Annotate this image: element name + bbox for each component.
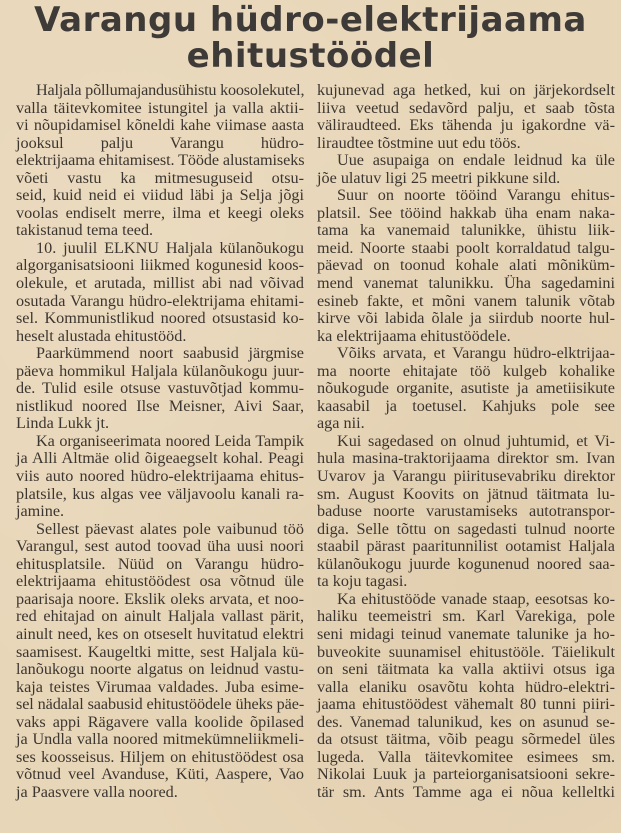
text-line: Sellest päevast alates pole vaibunud töö xyxy=(16,521,304,539)
text-line: Ka organiseerimata noored Leida Tampik xyxy=(16,433,304,451)
text-line: kujunevad aga hetked, kui on järjekordse… xyxy=(317,82,615,100)
text-line: kaasabil ja toetusel. Kahjuks pole see xyxy=(317,398,615,416)
text-line: seid, kuid neid ei viidud läbi ja Selja … xyxy=(16,187,304,205)
text-line: algorganisatsiooni liikmed kogunesid koo… xyxy=(16,257,304,275)
text-line: mend vanemat talunikku. Üha sagedamini xyxy=(317,275,615,293)
text-line: red ehitajad on ainult Haljala vallast p… xyxy=(16,608,304,626)
text-line: ja Undla valla noored mitmekümneliikmeli… xyxy=(16,731,304,749)
text-line: valla elaniku osavõtu kohta hüdro-elektr… xyxy=(317,679,615,697)
text-line: takistanud tema teed. xyxy=(16,222,304,240)
text-line: buveokite suunamisel ehitustööle. Täieli… xyxy=(317,644,615,662)
text-line: aga nii. xyxy=(317,415,615,433)
article-paragraph: Sellest päevast alates pole vaibunud töö… xyxy=(16,521,304,802)
text-line: Linda Lukk jt. xyxy=(16,415,304,433)
text-line: kaja teistes Virumaa valdades. Juba esim… xyxy=(16,679,304,697)
article-paragraph: kujunevad aga hetked, kui on järjekordse… xyxy=(317,82,615,152)
text-line: olekule, et arutada, millist abi nad või… xyxy=(16,275,304,293)
text-line: diga. Selle tõttu on sagedasti tulnud no… xyxy=(317,521,615,539)
text-line: ka elektrijaama ehitustöödele. xyxy=(317,328,615,346)
headline-line-2: ehitustöödel xyxy=(0,38,621,74)
article-column-left: Haljala põllumajandusühistu koosolekutel… xyxy=(16,82,304,801)
article-headline: Varangu hüdro-elektrijaama ehitustöödel xyxy=(0,2,621,74)
text-line: on seni täitmata ka valla aktiivi otsus … xyxy=(317,661,615,679)
text-line: sel. Kommunistlikud noored otsustasid ko… xyxy=(16,310,304,328)
text-line: ma noorte ehitajate töö kulgeb kohalike xyxy=(317,363,615,381)
text-line: sel nädalal saabusid ehitustöödele üheks… xyxy=(16,696,304,714)
article-paragraph: Ka organiseerimata noored Leida Tampikja… xyxy=(16,433,304,521)
text-line: ja Paasvere valla noored. xyxy=(16,784,304,802)
text-line: Uue asupaiga on endale leidnud ka üle xyxy=(317,152,615,170)
text-line: ja Alli Altmäe olid õigeaegselt kohal. P… xyxy=(16,450,304,468)
text-line: 10. juulil ELKNU Haljala külanõukogu xyxy=(16,240,304,258)
article-paragraph: 10. juulil ELKNU Haljala külanõukogualgo… xyxy=(16,240,304,345)
text-line: paarisaja noore. Ekslik oleks arvata, et… xyxy=(16,591,304,609)
text-line: Paarkümmend noort saabusid järgmise xyxy=(16,345,304,363)
text-line: päevad on toonud kohale alati mõniküm- xyxy=(317,257,615,275)
text-line: voolas endiselt merre, ilma et keegi ole… xyxy=(16,205,304,223)
text-line: nõukogude organite, asutiste ja ametiisi… xyxy=(317,380,615,398)
text-line: jooksul palju Varangu hüdro- xyxy=(16,135,304,153)
text-line: ta koju tagasi. xyxy=(317,573,615,591)
text-line: liiva veetud sedavõrd palju, et saab tõs… xyxy=(317,100,615,118)
text-line: sm. August Koovits on jätnud täitmata lu… xyxy=(317,486,615,504)
text-line: lugeda. Valla täitevkomitee esimees sm. xyxy=(317,749,615,767)
text-line: da otsust täitma, võib peagu sõrmedel ül… xyxy=(317,731,615,749)
article-paragraph: Võiks arvata, et Varangu hüdro-elktrijaa… xyxy=(317,345,615,433)
text-line: kirve või labida õlale ja siirdub noorte… xyxy=(317,310,615,328)
text-line: ainult need, kes on otseselt huvitatud e… xyxy=(16,626,304,644)
text-line: ehitusplatsile. Nüüd on Varangu hüdro- xyxy=(16,556,304,574)
text-line: Haljala põllumajandusühistu koosolekutel… xyxy=(16,82,304,100)
text-line: elektrijaama ehitamisest. Tööde alustami… xyxy=(16,152,304,170)
text-line: võeti vastu ka mitmesuguseid otsu- xyxy=(16,170,304,188)
text-line: väliraudteed. Eks tähenda ju igakordne v… xyxy=(317,117,615,135)
text-line: haliku teemeistri sm. Karl Varekiga, pol… xyxy=(317,608,615,626)
article-column-right: kujunevad aga hetked, kui on järjekordse… xyxy=(317,82,615,801)
text-line: jõe ulatuv ligi 25 meetri pikkune sild. xyxy=(317,170,615,188)
article-paragraph: Uue asupaiga on endale leidnud ka ülejõe… xyxy=(317,152,615,187)
text-line: baduse noorte varustamiseks autotranspor… xyxy=(317,503,615,521)
text-line: seni midagi teinud vanemate talunike ja … xyxy=(317,626,615,644)
headline-line-1: Varangu hüdro-elektrijaama xyxy=(0,2,621,38)
text-line: vi nõupidamisel kõneldi kahe viimase aas… xyxy=(16,117,304,135)
text-line: esineb fakte, et mõni vanem talunik võta… xyxy=(317,293,615,311)
article-paragraph: Suur on noorte tööind Varangu ehitus-pla… xyxy=(317,187,615,345)
text-line: heselt alustada ehitustööd. xyxy=(16,328,304,346)
article-paragraph: Ka ehitustööde vanade staap, eesotsas ko… xyxy=(317,591,615,802)
text-line: Nikolai Luuk ja parteiorganisatsiooni se… xyxy=(317,766,615,784)
text-line: Varangul, sest autod toovad üha uusi noo… xyxy=(16,538,304,556)
text-line: ses koosseisus. Hiljem on ehitustöödest … xyxy=(16,749,304,767)
text-line: meid. Noorte staabi poolt korraldatud ta… xyxy=(317,240,615,258)
text-line: jamine. xyxy=(16,503,304,521)
text-line: des. Vanemad talunikud, kes on asunud se… xyxy=(317,714,615,732)
text-line: Ka ehitustööde vanade staap, eesotsas ko… xyxy=(317,591,615,609)
text-line: vaks appi Rägavere valla koolide õpilase… xyxy=(16,714,304,732)
text-line: saamisest. Kaugeltki mitte, sest Haljala… xyxy=(16,644,304,662)
text-line: nistlikud noored Ilse Meisner, Aivi Saar… xyxy=(16,398,304,416)
text-line: Uvarov ja Varangu piiritusevabriku direk… xyxy=(317,468,615,486)
text-line: staabil pärast paaritunnilist ootamist H… xyxy=(317,538,615,556)
article-paragraph: Paarkümmend noort saabusid järgmisepäeva… xyxy=(16,345,304,433)
text-line: de. Tulid esile otsuse vastuvõtjad kommu… xyxy=(16,380,304,398)
text-line: platsile, kus algas vee väljavoolu kanal… xyxy=(16,486,304,504)
text-line: viis auto noored hüdro-elektrijaama ehit… xyxy=(16,468,304,486)
text-line: osutada Varangu hüdro-elektrijama ehitam… xyxy=(16,293,304,311)
text-line: tär sm. Ants Tamme aga ei nõua kelleltki xyxy=(317,784,615,802)
text-line: jaama ehitustöödest vähemalt 80 tunni pi… xyxy=(317,696,615,714)
text-line: Võiks arvata, et Varangu hüdro-elktrijaa… xyxy=(317,345,615,363)
text-line: päeva hommikul Haljala külanõukogu juur- xyxy=(16,363,304,381)
text-line: võtnud veel Avanduse, Küti, Aaspere, Vao xyxy=(16,766,304,784)
text-line: lanõukogu noorte algatus on leidnud vast… xyxy=(16,661,304,679)
text-line: platsil. See tööind hakkab üha enam naka… xyxy=(317,205,615,223)
text-line: tama ka vanemaid talunikke, ühistu liik- xyxy=(317,222,615,240)
text-line: elektrijaama ehitustöödest osa võtnud ül… xyxy=(16,573,304,591)
text-line: liraudtee tõstmine uut edu töös. xyxy=(317,135,615,153)
text-line: Kui sagedased on olnud juhtumid, et Vi- xyxy=(317,433,615,451)
text-line: valla täitevkomitee istungitel ja valla … xyxy=(16,100,304,118)
article-paragraph: Haljala põllumajandusühistu koosolekutel… xyxy=(16,82,304,240)
text-line: külanõukogu juurde kogunenud noored saa- xyxy=(317,556,615,574)
text-line: Suur on noorte tööind Varangu ehitus- xyxy=(317,187,615,205)
text-line: hula masina-traktorijaama direktor sm. I… xyxy=(317,450,615,468)
article-paragraph: Kui sagedased on olnud juhtumid, et Vi-h… xyxy=(317,433,615,591)
